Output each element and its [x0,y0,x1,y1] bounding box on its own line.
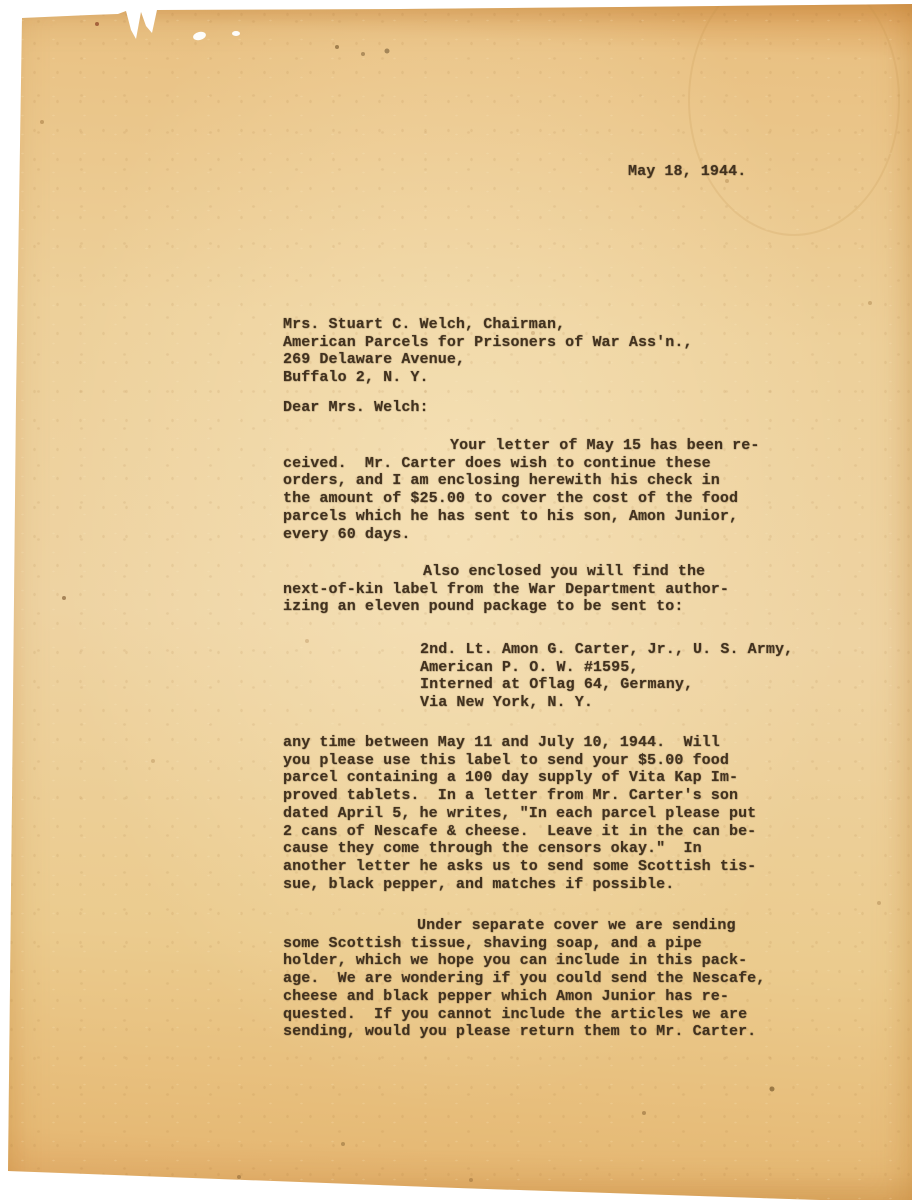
body-paragraph-2: Also enclosed you will find the next-of-… [283,563,763,616]
letter-date: May 18, 1944. [628,163,746,181]
scanned-letter-page: May 18, 1944. Mrs. Stuart C. Welch, Chai… [0,0,912,1200]
paper-tear-hole [192,31,207,42]
recipient-address: Mrs. Stuart C. Welch, Chairman, American… [283,316,693,387]
body-paragraph-4: Under separate cover we are sending some… [283,917,773,1041]
body-paragraph-1: Your letter of May 15 has been re- ceive… [283,437,763,543]
body-paragraph-3: any time between May 11 and July 10, 194… [283,734,773,893]
salutation: Dear Mrs. Welch: [283,399,429,417]
paper-foxing-specks [0,0,2,2]
paper-stain-ring [688,0,900,236]
paper-tear-hole [232,31,240,36]
pow-address: 2nd. Lt. Amon G. Carter, Jr., U. S. Army… [420,641,793,712]
